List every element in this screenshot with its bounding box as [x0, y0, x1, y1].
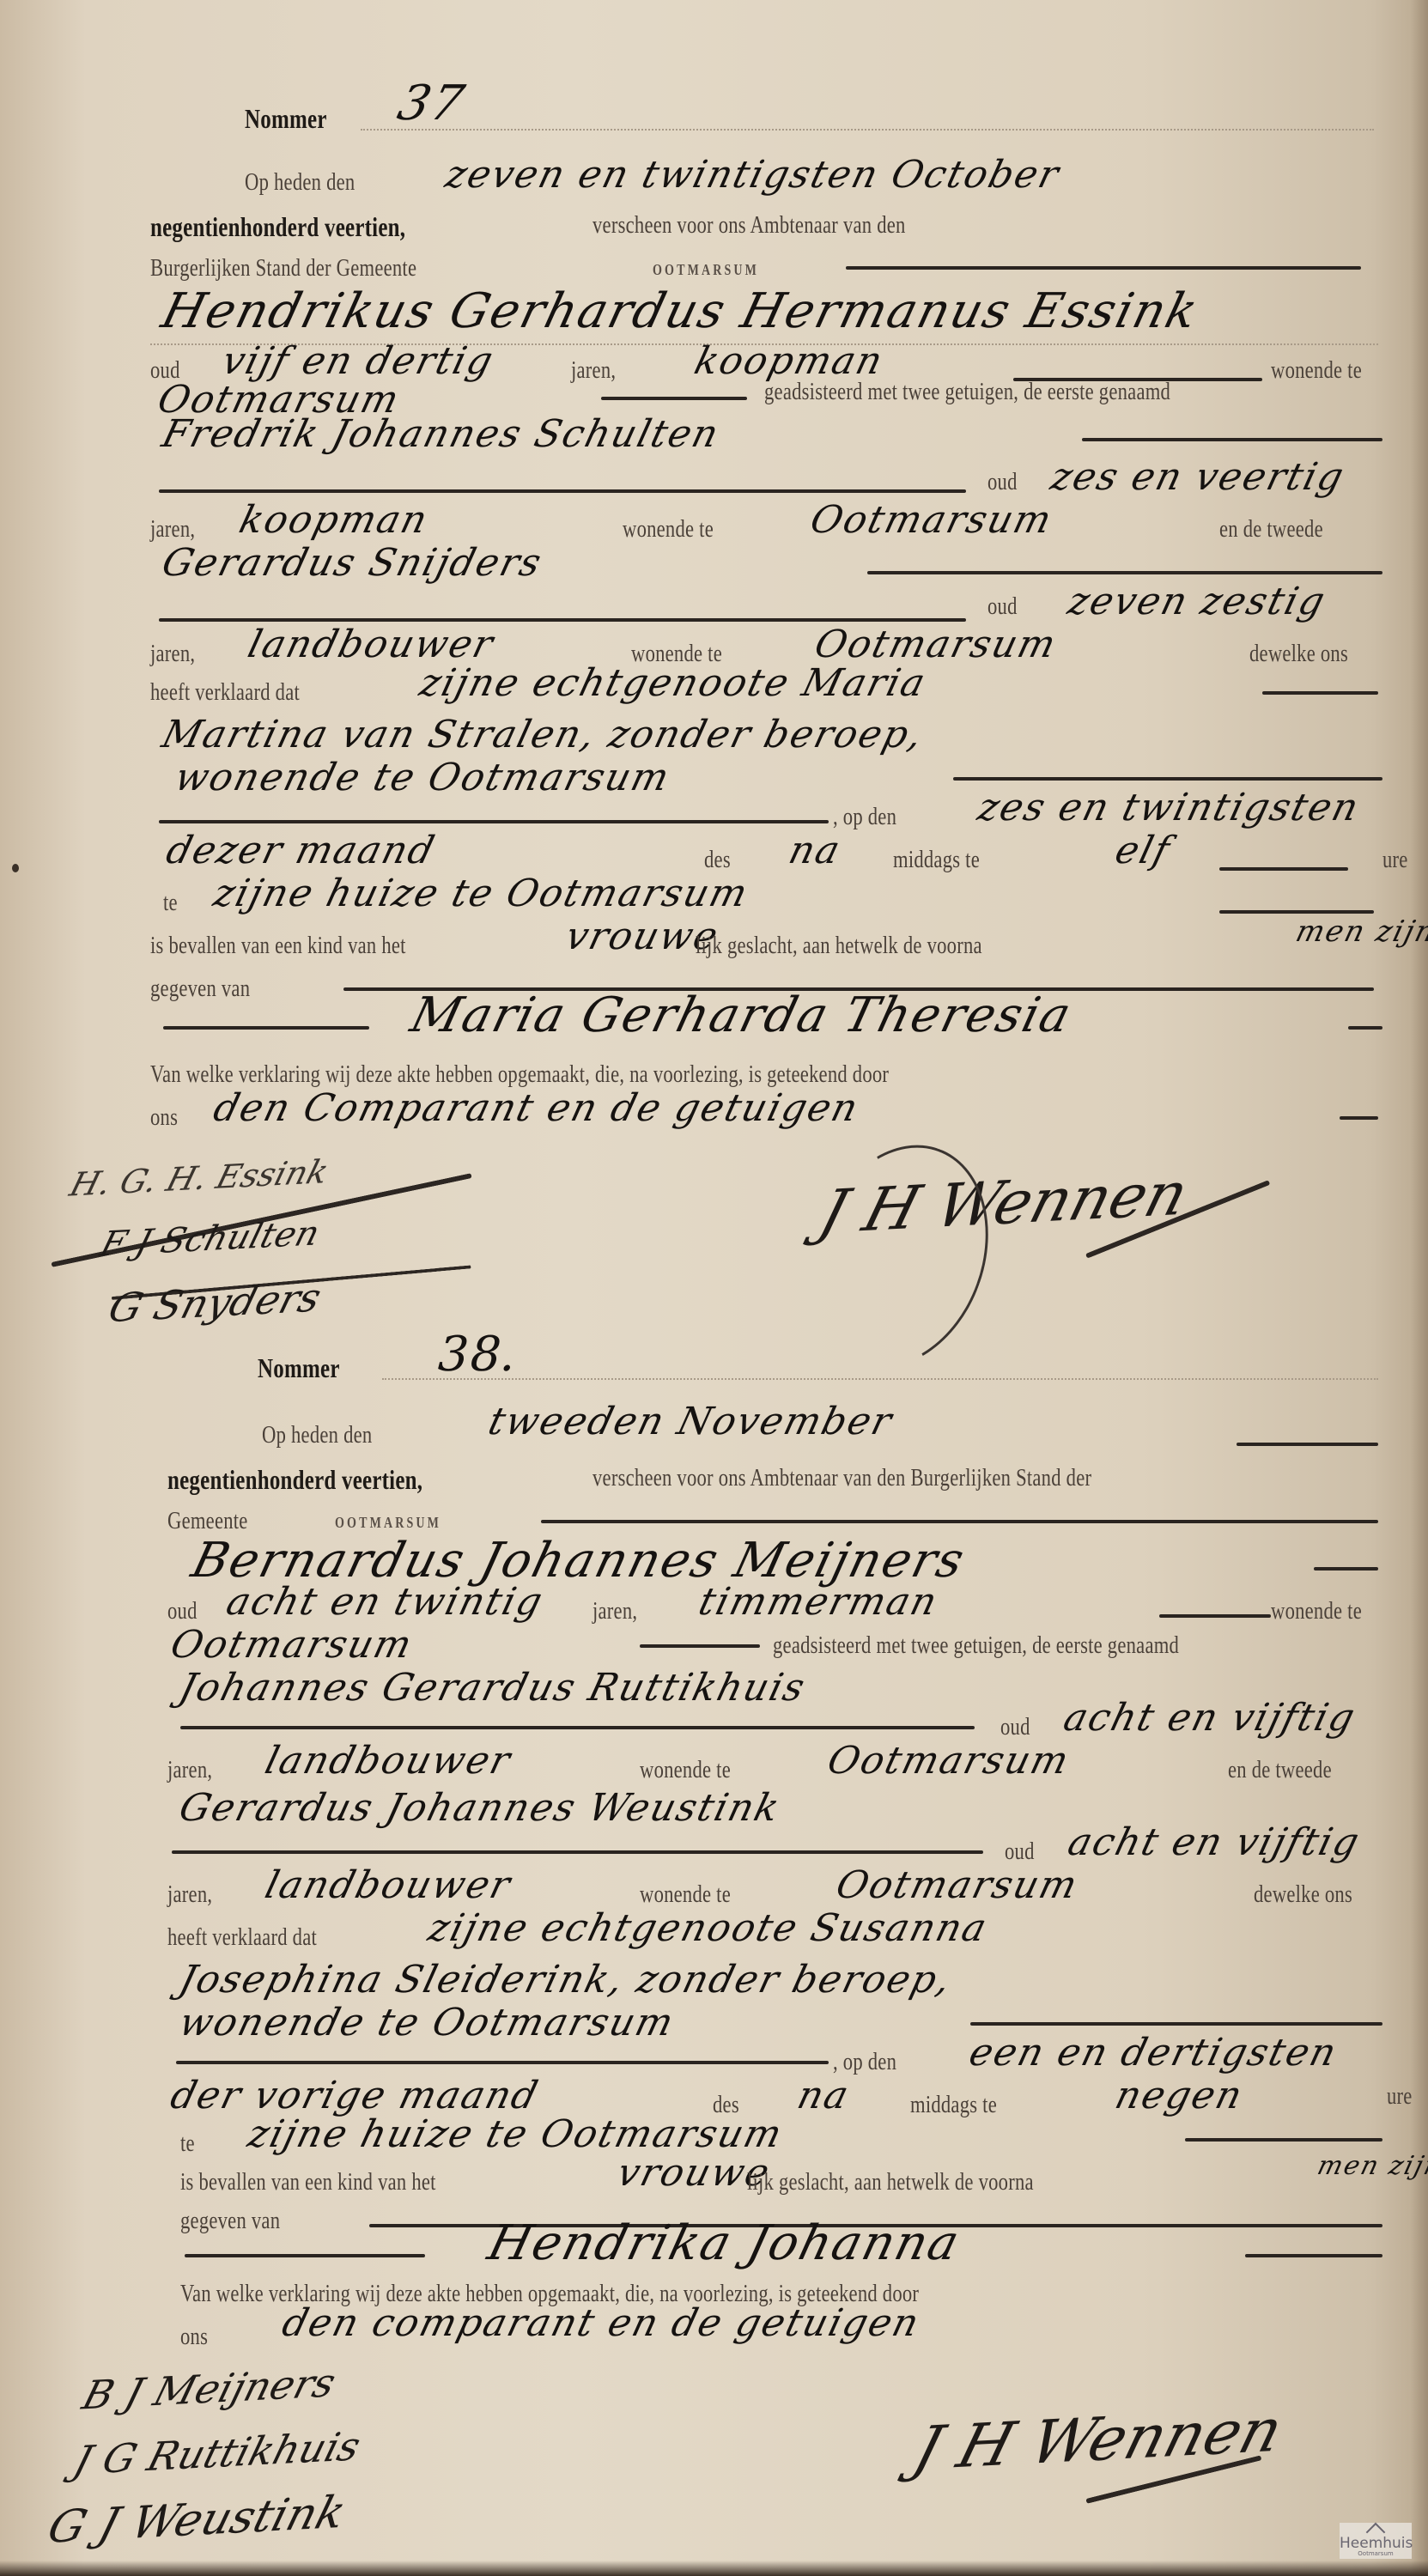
- fill-rule: [1340, 1116, 1378, 1120]
- logo-name: Heemhuis: [1340, 2535, 1412, 2552]
- label-wonende-te: wonende te: [1271, 1597, 1362, 1625]
- fill-rule: [172, 1850, 983, 1854]
- label-wonende-te: wonende te: [623, 515, 714, 544]
- fill-rule: [970, 2022, 1382, 2026]
- time-of-day: na: [793, 2074, 854, 2117]
- child-name: Maria Gerharda Theresia: [405, 987, 1078, 1043]
- record-date: zeven en twintigsten October: [441, 153, 1065, 197]
- witness1-name: Fredrik Johannes Schulten: [158, 412, 725, 456]
- fill-rule: [1219, 910, 1374, 914]
- signature-declarant: H. G. H. Essink: [66, 1152, 333, 1203]
- municipality-name: OOTMARSUM: [335, 1514, 441, 1532]
- signature-declarant: B J Meijners: [77, 2360, 340, 2419]
- fill-rule: [1185, 2138, 1382, 2142]
- declarant-residence: Ootmarsum: [167, 1623, 418, 1667]
- page-bottom-edge: [0, 2561, 1428, 2576]
- birth-place: zijne huize te Ootmarsum: [210, 872, 754, 915]
- dotted-line: [382, 1378, 1378, 1380]
- label-ure: ure: [1382, 846, 1408, 874]
- witness2-name: Gerardus Johannes Weustink: [175, 1786, 786, 1830]
- label-jaren: jaren,: [150, 640, 195, 668]
- witness1-name: Johannes Gerardus Ruttikhuis: [175, 1666, 811, 1710]
- municipality-name: OOTMARSUM: [653, 261, 759, 279]
- label-oud: oud: [167, 1597, 197, 1625]
- fill-rule: [163, 1026, 369, 1030]
- statement-line-1: zijne echtgenoote Maria: [416, 661, 932, 705]
- label-wonende-te: wonende te: [640, 1756, 731, 1784]
- label-jaren: jaren,: [150, 515, 195, 544]
- label-des: des: [704, 846, 731, 874]
- birth-hour: elf: [1111, 829, 1176, 872]
- birth-month-ref: der vorige maand: [167, 2074, 544, 2117]
- label-gegeven-van: gegeven van: [150, 975, 250, 1003]
- statement-line-2: Josephina Sleiderink, zonder beroep,: [175, 1958, 957, 2002]
- label-year: negentienhonderd veertien,: [150, 211, 405, 243]
- label-is-bevallen: is bevallen van een kind van het: [180, 2168, 436, 2196]
- label-dewelke-ons: dewelke ons: [1254, 1880, 1352, 1909]
- signed-by: den Comparant en de getuigen: [210, 1086, 864, 1130]
- ink-spot: [12, 864, 19, 872]
- fill-rule: [1159, 1614, 1271, 1618]
- label-is-bevallen: is bevallen van een kind van het: [150, 932, 406, 960]
- witness1-occupation: landbouwer: [261, 1739, 516, 1783]
- signature-flourish: [781, 1121, 1018, 1393]
- fill-rule: [159, 618, 966, 622]
- witness2-name: Gerardus Snijders: [158, 541, 547, 585]
- declarant-occupation: koopman: [690, 339, 889, 383]
- label-oud: oud: [987, 468, 1018, 496]
- label-burgerlijken-stand: Burgerlijken Stand der Gemeente: [150, 254, 416, 283]
- label-te: te: [180, 2129, 195, 2158]
- signature-witness-1: F J Schulten: [96, 1214, 324, 1265]
- witness1-occupation: koopman: [235, 498, 434, 542]
- signature-official: J H Wennen: [907, 2395, 1291, 2484]
- child-name: Hendrika Johanna: [483, 2215, 966, 2271]
- witness2-occupation: landbouwer: [261, 1863, 516, 1907]
- birth-month-ref: dezer maand: [162, 829, 441, 872]
- logo-subtitle: Ootmarsum: [1340, 2550, 1412, 2557]
- declarant-age: acht en twintig: [222, 1580, 549, 1624]
- label-te: te: [163, 889, 178, 917]
- signed-by: den comparant en de getuigen: [278, 2301, 925, 2345]
- declarant-name: Hendrikus Gerhardus Hermanus Essink: [156, 283, 1205, 339]
- label-oud: oud: [987, 592, 1018, 621]
- heemhuis-logo: Heemhuis Ootmarsum: [1340, 2523, 1412, 2559]
- label-heeft-verklaard: heeft verklaard dat: [150, 678, 300, 707]
- label-oud: oud: [1005, 1838, 1035, 1866]
- declarant-age: vijf en dertig: [218, 339, 499, 383]
- names-suffix: men zijn: [1315, 2151, 1428, 2181]
- fill-rule: [1245, 2254, 1382, 2257]
- label-ons: ons: [180, 2323, 208, 2351]
- witness1-residence: Ootmarsum: [823, 1739, 1075, 1783]
- declarant-occupation: timmerman: [695, 1580, 943, 1624]
- fill-rule: [159, 820, 829, 823]
- time-of-day: na: [785, 829, 846, 872]
- witness2-occupation: landbouwer: [244, 623, 499, 666]
- birth-hour: negen: [1111, 2074, 1249, 2117]
- label-op-heden-den: Op heden den: [262, 1421, 372, 1449]
- witness2-residence: Ootmarsum: [832, 1863, 1084, 1907]
- fill-rule: [185, 2254, 425, 2257]
- label-op-heden-den: Op heden den: [245, 168, 355, 197]
- label-op-den: , op den: [833, 2048, 896, 2076]
- fill-rule: [159, 489, 966, 493]
- names-suffix: men zijn: [1292, 914, 1428, 949]
- label-nommer: Nommer: [258, 1352, 340, 1384]
- label-geadsisteerd: geadsisteerd met twee getuigen, de eerst…: [764, 378, 1170, 406]
- record-number: 38.: [431, 1327, 526, 1382]
- fill-rule: [640, 1644, 760, 1648]
- fill-rule: [1348, 1026, 1382, 1030]
- label-gegeven-van: gegeven van: [180, 2207, 280, 2235]
- witness2-age: acht en vijftig: [1064, 1820, 1365, 1864]
- label-verscheen: verscheen voor ons Ambtenaar van den Bur…: [592, 1464, 1091, 1492]
- statement-line-3: wonende te Ootmarsum: [175, 2001, 679, 2044]
- fill-rule: [1262, 691, 1378, 695]
- fill-rule: [867, 571, 1382, 574]
- witness1-residence: Ootmarsum: [806, 498, 1058, 542]
- fill-rule: [541, 1520, 1378, 1523]
- label-heeft-verklaard: heeft verklaard dat: [167, 1923, 317, 1952]
- witness1-age: zes en veertig: [1047, 455, 1350, 499]
- label-jaren: jaren,: [167, 1756, 212, 1784]
- fill-rule: [1082, 438, 1382, 441]
- label-nommer: Nommer: [245, 103, 327, 135]
- label-lijk-geslacht: lijk geslacht, aan hetwelk de voorna: [747, 2168, 1034, 2196]
- fill-rule: [953, 777, 1382, 781]
- label-middags-te: middags te: [910, 2091, 997, 2119]
- label-ons: ons: [150, 1103, 178, 1132]
- label-jaren: jaren,: [167, 1880, 212, 1909]
- signature-witness-1: J G Ruttikhuis: [69, 2423, 366, 2484]
- label-wonende-te: wonende te: [640, 1880, 731, 1909]
- label-dewelke-ons: dewelke ons: [1249, 640, 1348, 668]
- label-geadsisteerd: geadsisteerd met twee getuigen, de eerst…: [773, 1631, 1179, 1660]
- statement-line-3: wonende te Ootmarsum: [171, 756, 675, 799]
- record-date: tweeden November: [484, 1400, 898, 1443]
- birth-day: zes en twintigsten: [974, 786, 1364, 829]
- birth-place: zijne huize te Ootmarsum: [244, 2112, 788, 2156]
- label-en-de-tweede: en de tweede: [1219, 515, 1323, 544]
- witness1-age: acht en vijftig: [1060, 1696, 1361, 1740]
- label-lijk-geslacht: lijk geslacht, aan hetwelk de voorna: [696, 932, 982, 960]
- signature-witness-2: G J Weustink: [42, 2487, 351, 2554]
- label-gemeente: Gemeente: [167, 1507, 248, 1535]
- fill-rule: [846, 266, 1361, 270]
- register-page: Nommer 37 Op heden den zeven en twintigs…: [0, 0, 1428, 2576]
- statement-line-1: zijne echtgenoote Susanna: [424, 1906, 993, 1950]
- label-van-welke: Van welke verklaring wij deze akte hebbe…: [150, 1060, 889, 1089]
- dotted-line: [361, 129, 1374, 131]
- statement-line-2: Martina van Stralen, zonder beroep,: [158, 713, 928, 756]
- label-middags-te: middags te: [893, 846, 980, 874]
- label-ure: ure: [1387, 2082, 1413, 2111]
- label-wonende-te: wonende te: [1271, 356, 1362, 385]
- book-spine-shadow: [1411, 0, 1428, 2576]
- fill-rule: [176, 2061, 829, 2064]
- fill-rule: [1314, 1567, 1378, 1571]
- label-jaren: jaren,: [571, 356, 616, 385]
- fill-rule: [1219, 867, 1348, 871]
- witness2-residence: Ootmarsum: [811, 623, 1062, 666]
- fill-rule: [601, 397, 747, 400]
- label-year: negentienhonderd veertien,: [167, 1464, 422, 1496]
- fill-rule: [180, 1726, 975, 1729]
- label-en-de-tweede: en de tweede: [1228, 1756, 1332, 1784]
- label-jaren: jaren,: [592, 1597, 637, 1625]
- label-oud: oud: [1000, 1713, 1030, 1741]
- witness2-age: zeven zestig: [1064, 580, 1331, 623]
- birth-day: een en dertigsten: [965, 2031, 1342, 2075]
- label-verscheen: verscheen voor ons Ambtenaar van den: [592, 211, 906, 240]
- signature-witness-2: G Snyders: [104, 1274, 326, 1332]
- record-number: 37: [392, 76, 471, 131]
- fill-rule: [1237, 1443, 1378, 1446]
- label-op-den: , op den: [833, 803, 896, 831]
